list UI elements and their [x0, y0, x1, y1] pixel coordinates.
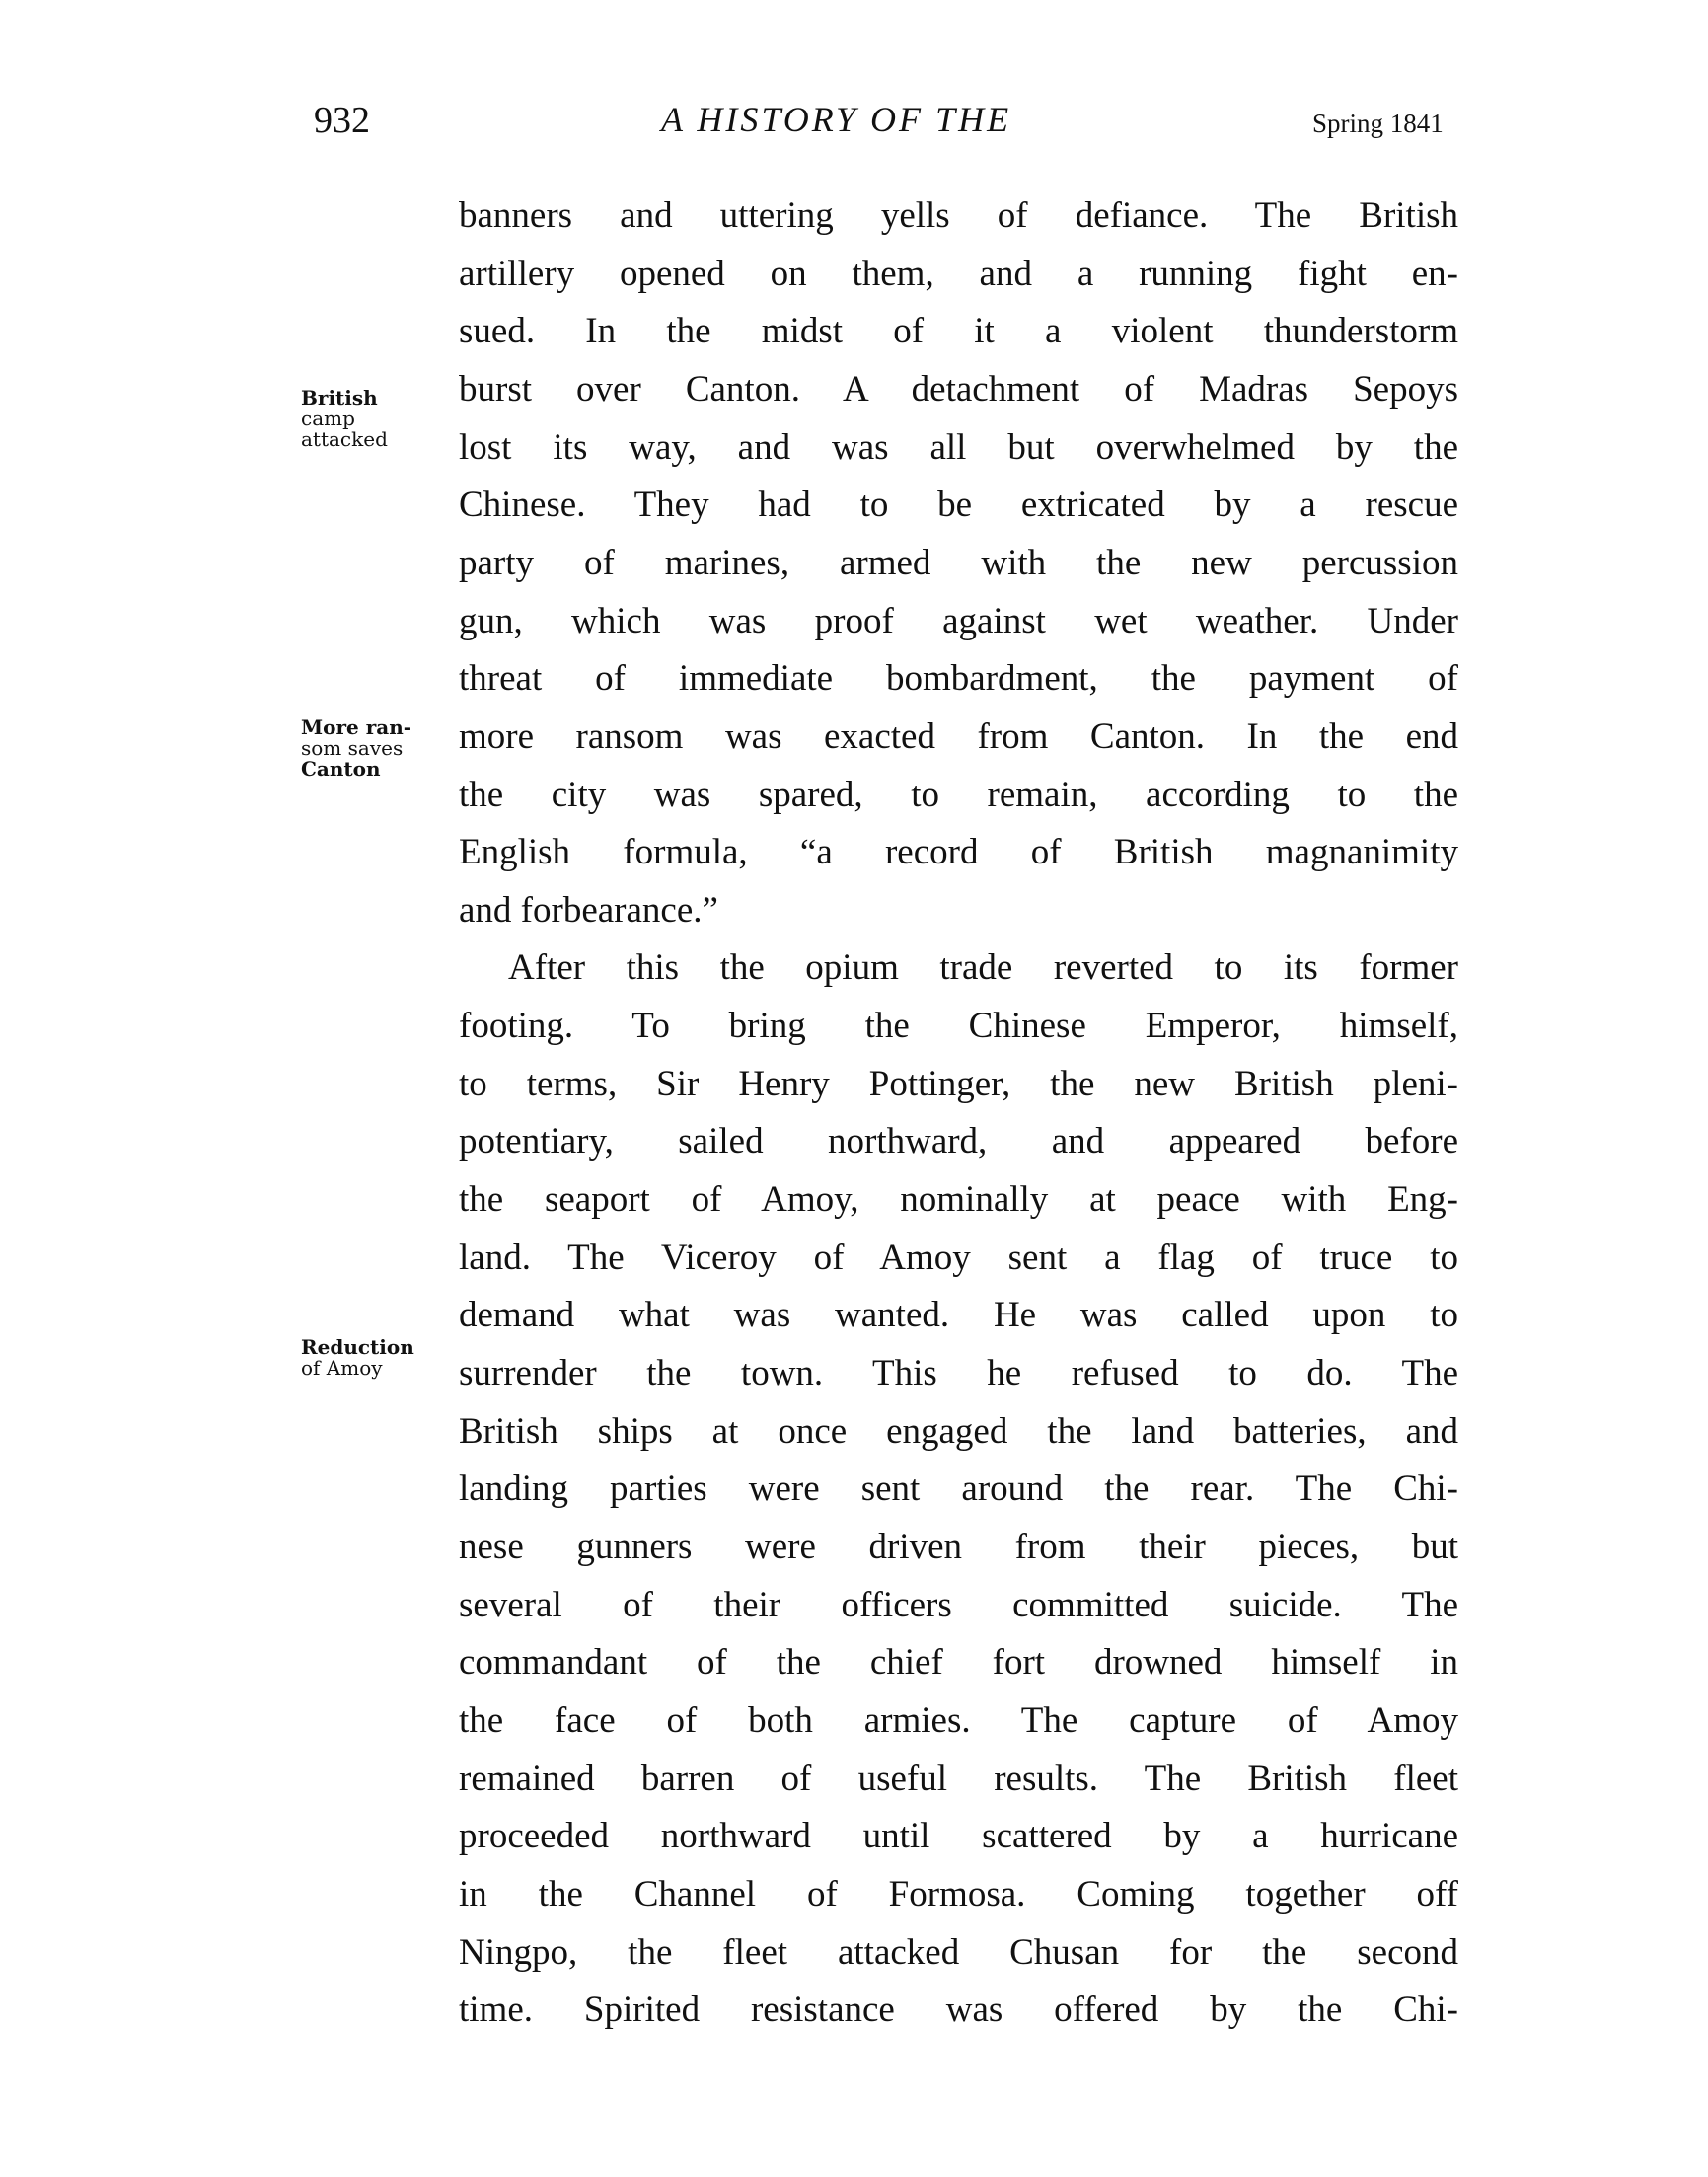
text-line: footing. To bring the Chinese Emperor, h…	[459, 1005, 1458, 1048]
side-note-line: attacked	[301, 429, 388, 450]
text-line: demand what was wanted. He was called up…	[459, 1294, 1458, 1337]
text-line: the face of both armies. The capture of …	[459, 1699, 1458, 1743]
text-line: in the Channel of Formosa. Coming togeth…	[459, 1873, 1458, 1916]
text-line: banners and uttering yells of defiance. …	[459, 194, 1458, 238]
text-line: commandant of the chief fort drowned him…	[459, 1641, 1458, 1685]
side-note-line: camp	[301, 409, 388, 429]
text-line: burst over Canton. A detachment of Madra…	[459, 368, 1458, 412]
side-note-line: Canton	[301, 759, 411, 780]
text-line: nese gunners were driven from their piec…	[459, 1526, 1458, 1569]
text-line: land. The Viceroy of Amoy sent a flag of…	[459, 1237, 1458, 1280]
text-line: surrender the town. This he refused to d…	[459, 1352, 1458, 1395]
text-line: landing parties were sent around the rea…	[459, 1467, 1458, 1511]
text-line: time. Spirited resistance was offered by…	[459, 1989, 1458, 2032]
text-line: artillery opened on them, and a running …	[459, 253, 1458, 296]
text-line: gun, which was proof against wet weather…	[459, 600, 1458, 643]
side-note-british-camp: British camp attacked	[301, 388, 388, 450]
text-line: more ransom was exacted from Canton. In …	[459, 715, 1458, 759]
side-note-more-ransom: More ran- som saves Canton	[301, 717, 411, 780]
side-note-line: More ran-	[301, 717, 411, 738]
side-note-line: som saves	[301, 738, 411, 759]
text-line: proceeded northward until scattered by a…	[459, 1815, 1458, 1858]
side-note-line: British	[301, 388, 388, 409]
text-line: several of their officers committed suic…	[459, 1584, 1458, 1627]
page-number: 932	[314, 99, 370, 142]
text-line: English formula, “a record of British ma…	[459, 831, 1458, 874]
date-heading: Spring 1841	[1312, 109, 1444, 139]
running-title: A HISTORY OF THE	[661, 99, 1011, 140]
text-line: and forbearance.”	[459, 889, 1458, 933]
text-line: party of marines, armed with the new per…	[459, 542, 1458, 585]
side-note-line: Reduction	[301, 1337, 414, 1358]
side-note-reduction-of-amoy: Reduction of Amoy	[301, 1337, 414, 1379]
text-line: British ships at once engaged the land b…	[459, 1410, 1458, 1454]
text-line: lost its way, and was all but overwhelme…	[459, 426, 1458, 470]
text-line: After this the opium trade reverted to i…	[508, 946, 1458, 990]
side-note-line: of Amoy	[301, 1358, 414, 1379]
text-line: the seaport of Amoy, nominally at peace …	[459, 1178, 1458, 1222]
text-line: sued. In the midst of it a violent thund…	[459, 310, 1458, 353]
text-line: to terms, Sir Henry Pottinger, the new B…	[459, 1063, 1458, 1106]
text-line: potentiary, sailed northward, and appear…	[459, 1120, 1458, 1164]
text-line: remained barren of useful results. The B…	[459, 1758, 1458, 1801]
text-line: Chinese. They had to be extricated by a …	[459, 484, 1458, 527]
text-line: the city was spared, to remain, accordin…	[459, 774, 1458, 817]
text-line: threat of immediate bombardment, the pay…	[459, 657, 1458, 701]
text-line: Ningpo, the fleet attacked Chusan for th…	[459, 1931, 1458, 1975]
